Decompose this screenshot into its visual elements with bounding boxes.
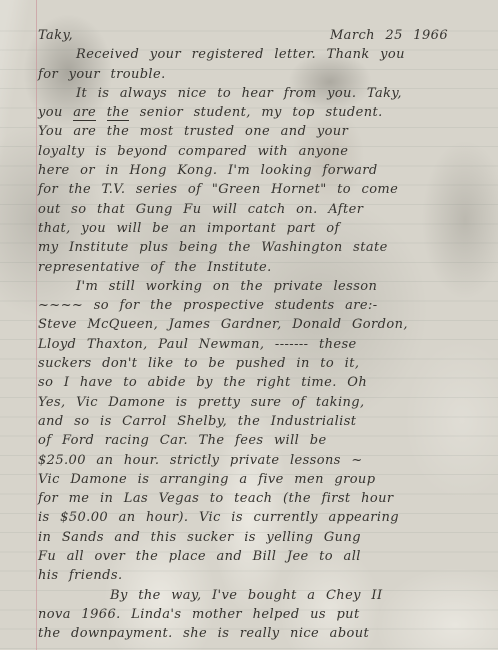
- letter-line: his friends.: [38, 566, 494, 585]
- letter-text: senior student, my top student.: [129, 105, 382, 120]
- letter-line: in Sands and this sucker is yelling Gung: [38, 528, 494, 547]
- letter-line: you are the senior student, my top stude…: [38, 103, 494, 122]
- letter-line: my Institute plus being the Washington s…: [38, 238, 494, 257]
- letter-text: Steve McQueen, James Gardner, Donald Gor…: [38, 317, 408, 332]
- letter-line: that, you will be an important part of: [38, 219, 494, 238]
- letter-text: my Institute plus being the Washington s…: [38, 240, 388, 255]
- letter-line: By the way, I've bought a Chey II: [110, 586, 494, 605]
- letter-line: for your trouble.: [38, 65, 494, 84]
- letter-text: [96, 105, 107, 120]
- letter-line: here or in Hong Kong. I'm looking forwar…: [38, 161, 494, 180]
- letter-scan: Taky, March 25 1966 Received your regist…: [0, 0, 498, 650]
- letter-text: that, you will be an important part of: [38, 221, 340, 236]
- letter-text: By the way, I've bought a Chey II: [110, 588, 383, 603]
- letter-header-line: Taky, March 25 1966: [38, 26, 494, 45]
- letter-text: Fu all over the place and Bill Jee to al…: [38, 549, 361, 564]
- letter-text: in Sands and this sucker is yelling Gung: [38, 530, 361, 545]
- letter-text: Vic Damone is arranging a five men group: [38, 472, 375, 487]
- letter-text: It is always nice to hear from you. Taky…: [76, 86, 402, 101]
- letter-date: March 25 1966: [330, 26, 448, 45]
- letter-text: I'm still working on the private lesson: [76, 279, 377, 294]
- letter-line: Fu all over the place and Bill Jee to al…: [38, 547, 494, 566]
- underlined-word: are: [73, 105, 96, 121]
- letter-line: loyalty is beyond compared with anyone: [38, 142, 494, 161]
- letter-line: ~~~~ so for the prospective students are…: [38, 296, 494, 315]
- margin-line: [36, 0, 37, 650]
- letter-line: I'm still working on the private lesson: [76, 277, 494, 296]
- letter-content: Taky, March 25 1966 Received your regist…: [38, 26, 494, 644]
- letter-line: representative of the Institute.: [38, 258, 494, 277]
- letter-line: of Ford racing Car. The fees will be: [38, 431, 494, 450]
- letter-line: Yes, Vic Damone is pretty sure of taking…: [38, 393, 494, 412]
- letter-line: You are the most trusted one and your: [38, 122, 494, 141]
- underlined-word: the: [107, 105, 130, 121]
- letter-line: $25.00 an hour. strictly private lessons…: [38, 451, 494, 470]
- letter-line: Steve McQueen, James Gardner, Donald Gor…: [38, 315, 494, 334]
- letter-line: is $50.00 an hour). Vic is currently app…: [38, 508, 494, 527]
- letter-line: suckers don't like to be pushed in to it…: [38, 354, 494, 373]
- letter-text: here or in Hong Kong. I'm looking forwar…: [38, 163, 378, 178]
- letter-text: nova 1966. Linda's mother helped us put: [38, 607, 360, 622]
- letter-body: Received your registered letter. Thank y…: [38, 45, 494, 643]
- salutation: Taky,: [38, 26, 73, 45]
- letter-text: of Ford racing Car. The fees will be: [38, 433, 327, 448]
- letter-text: You are the most trusted one and your: [38, 124, 348, 139]
- letter-text: out so that Gung Fu will catch on. After: [38, 202, 363, 217]
- letter-text: for your trouble.: [38, 67, 166, 82]
- letter-text: the downpayment. she is really nice abou…: [38, 626, 369, 641]
- letter-text: loyalty is beyond compared with anyone: [38, 144, 348, 159]
- letter-text: and so is Carrol Shelby, the Industriali…: [38, 414, 356, 429]
- letter-text: representative of the Institute.: [38, 260, 272, 275]
- letter-text: Lloyd Thaxton, Paul Newman, ------- thes…: [38, 337, 357, 352]
- letter-line: out so that Gung Fu will catch on. After: [38, 200, 494, 219]
- letter-text: his friends.: [38, 568, 123, 583]
- letter-text: Yes, Vic Damone is pretty sure of taking…: [38, 395, 365, 410]
- letter-line: Received your registered letter. Thank y…: [76, 45, 494, 64]
- letter-line: so I have to abide by the right time. Oh: [38, 373, 494, 392]
- letter-text: for the T.V. series of "Green Hornet" to…: [38, 182, 398, 197]
- letter-text: Received your registered letter. Thank y…: [76, 47, 405, 62]
- letter-text: so I have to abide by the right time. Oh: [38, 375, 367, 390]
- letter-line: Lloyd Thaxton, Paul Newman, ------- thes…: [38, 335, 494, 354]
- letter-text: for me in Las Vegas to teach (the first …: [38, 491, 393, 506]
- letter-line: for me in Las Vegas to teach (the first …: [38, 489, 494, 508]
- letter-text: you: [38, 105, 73, 120]
- letter-line: Vic Damone is arranging a five men group: [38, 470, 494, 489]
- letter-text: ~~~~ so for the prospective students are…: [38, 298, 378, 313]
- letter-line: for the T.V. series of "Green Hornet" to…: [38, 180, 494, 199]
- letter-text: suckers don't like to be pushed in to it…: [38, 356, 359, 371]
- letter-line: It is always nice to hear from you. Taky…: [76, 84, 494, 103]
- letter-text: is $50.00 an hour). Vic is currently app…: [38, 510, 399, 525]
- letter-line: nova 1966. Linda's mother helped us put: [38, 605, 494, 624]
- letter-line: the downpayment. she is really nice abou…: [38, 624, 494, 643]
- letter-line: and so is Carrol Shelby, the Industriali…: [38, 412, 494, 431]
- letter-text: $25.00 an hour. strictly private lessons…: [38, 453, 363, 468]
